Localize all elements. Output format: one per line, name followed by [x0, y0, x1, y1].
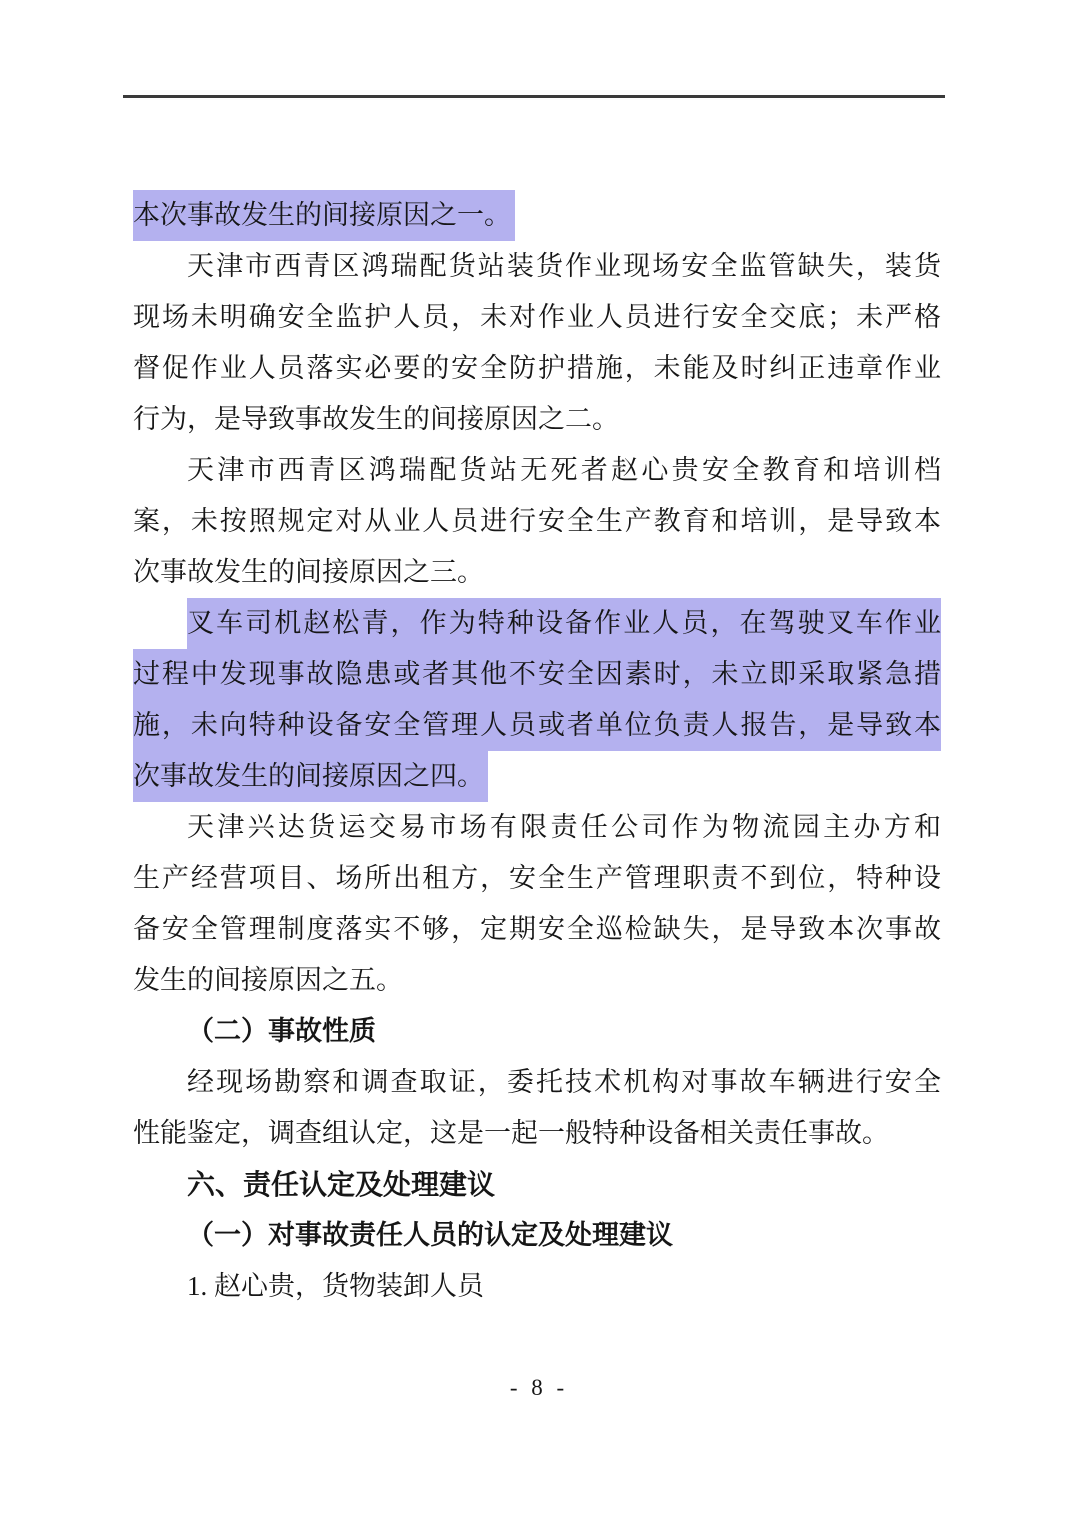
- text-line: 次事故发生的间接原因之三。: [133, 547, 941, 598]
- document-body: 本次事故发生的间接原因之一。天津市西青区鸿瑞配货站装货作业现场安全监管缺失，装货…: [133, 190, 941, 1312]
- text-line: 天津市西青区鸿瑞配货站无死者赵心贵安全教育和培训档: [133, 445, 941, 496]
- section-heading: （二）事故性质: [133, 1006, 941, 1057]
- text-line: 1. 赵心贵，货物装卸人员: [133, 1261, 941, 1312]
- text-line: 现场未明确安全监护人员，未对作业人员进行安全交底；未严格: [133, 292, 941, 343]
- text-line: 行为，是导致事故发生的间接原因之二。: [133, 394, 941, 445]
- text-line: 督促作业人员落实必要的安全防护措施，未能及时纠正违章作业: [133, 343, 941, 394]
- text-line: 性能鉴定，调查组认定，这是一起一般特种设备相关责任事故。: [133, 1108, 941, 1159]
- text-line: 次事故发生的间接原因之四。: [133, 751, 941, 802]
- section-heading: （一）对事故责任人员的认定及处理建议: [133, 1210, 941, 1261]
- text-line: 过程中发现事故隐患或者其他不安全因素时，未立即采取紧急措: [133, 649, 941, 700]
- text-line: 案，未按照规定对从业人员进行安全生产教育和培训，是导致本: [133, 496, 941, 547]
- text-line: 经现场勘察和调查取证，委托技术机构对事故车辆进行安全: [133, 1057, 941, 1108]
- text-line: 备安全管理制度落实不够，定期安全巡检缺失，是导致本次事故: [133, 904, 941, 955]
- text-line: 本次事故发生的间接原因之一。: [133, 190, 941, 241]
- text-line: 施，未向特种设备安全管理人员或者单位负责人报告，是导致本: [133, 700, 941, 751]
- section-heading: 六、责任认定及处理建议: [133, 1159, 941, 1210]
- document-page: 本次事故发生的间接原因之一。天津市西青区鸿瑞配货站装货作业现场安全监管缺失，装货…: [0, 0, 1074, 1520]
- highlighted-text: 次事故发生的间接原因之四。: [133, 751, 488, 802]
- highlighted-text: 本次事故发生的间接原因之一。: [133, 190, 515, 241]
- text-line: 生产经营项目、场所出租方，安全生产管理职责不到位，特种设: [133, 853, 941, 904]
- text-line: 叉车司机赵松青，作为特种设备作业人员，在驾驶叉车作业: [133, 598, 941, 649]
- page-number: - 8 -: [0, 1368, 1074, 1408]
- text-line: 天津兴达货运交易市场有限责任公司作为物流园主办方和: [133, 802, 941, 853]
- text-line: 发生的间接原因之五。: [133, 955, 941, 1006]
- header-rule: [123, 95, 945, 98]
- text-line: 天津市西青区鸿瑞配货站装货作业现场安全监管缺失，装货: [133, 241, 941, 292]
